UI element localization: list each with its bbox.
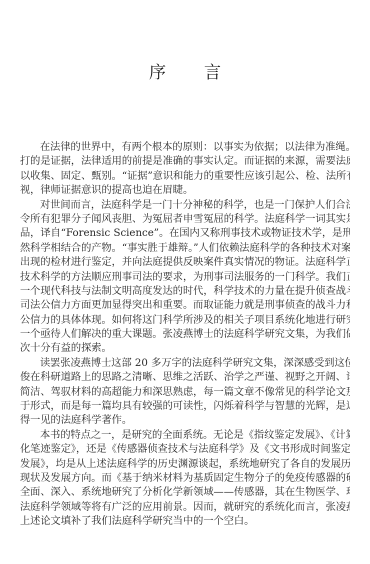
text-line: 打的是证据，法律适用的前提是准确的事实认定。而证据的来源，需要法庭科学予	[20, 155, 350, 169]
text-line: 本书的特点之一，是研究的全面系统。无论是《指纹鉴定发展》、《计算机自动	[20, 429, 350, 443]
text-line: 出现的检材进行鉴定，并向法庭提供反映案件真实情况的物证。法庭科学正是以	[20, 256, 350, 270]
page-title: 序言	[0, 63, 370, 83]
text-line: 一个亟待人们解决的重大课题。张凌燕博士的法庭科学研究文集，为我们做了一	[20, 328, 350, 342]
text-line: 在法律的世界中，有两个根本的原则：以事实为依据；以法律为准绳。打官司	[20, 141, 350, 155]
paragraph-1: 在法律的世界中，有两个根本的原则：以事实为依据；以法律为准绳。打官司 打的是证据…	[20, 141, 350, 199]
preface-body: 在法律的世界中，有两个根本的原则：以事实为依据；以法律为准绳。打官司 打的是证据…	[20, 141, 350, 530]
text-line: 品，译自“Forensic Science”。在国内又称刑事技术或物证技术学，是…	[20, 227, 350, 241]
text-line: 技术科学的方法顺应刑事司法的要求，为刑事司法服务的一门科学。我们正处于	[20, 271, 350, 285]
text-line: 简洁、驾驭材料的高超能力和深思熟虑，每一篇文章不像常见的科学论文那样拘泥	[20, 386, 350, 400]
text-line: 以收集、固定、甄别。“证据”意识和能力的重要性应该引起公、检、法所有部门的重	[20, 170, 350, 184]
text-line: 化笔迹鉴定》，还是《传感器侦查技术与法庭科学》及《文书形成时间鉴定的现状及	[20, 443, 350, 457]
text-line: 令所有犯罪分子闻风丧胆、为冤屈者申雪冤屈的科学。法庭科学一词其实是舶来	[20, 213, 350, 227]
text-line: 上述论文填补了我们法庭科学研究当中的一个空白。	[20, 515, 350, 529]
text-line: 发展》，均是从上述法庭科学的历史渊源谈起，系统地研究了各自的发展历史、发展	[20, 458, 350, 472]
text-line: 视，律师证据意识的提高也迫在眉睫。	[20, 184, 350, 198]
text-line: 俊在科研道路上的思路之清晰、思维之活跃、治学之严谨、视野之开阔、语言文字之	[20, 371, 350, 385]
text-line: 读罢张凌燕博士这部 20 多万字的法庭科学研究文集，深深感受到这位青年才	[20, 357, 350, 371]
text-line: 于形式，而是每一篇均具有较强的可读性，闪烁着科学与智慧的光辉，是近年来难	[20, 400, 350, 414]
text-line: 得一见的法庭科学著作。	[20, 414, 350, 428]
text-line: 公信力的具体体现。如何将这门科学所涉及的相关子项目系统化地进行研究，是	[20, 314, 350, 328]
paragraph-3: 读罢张凌燕博士这部 20 多万字的法庭科学研究文集，深深感受到这位青年才 俊在科…	[20, 357, 350, 429]
title-char-1: 序	[149, 63, 166, 83]
text-line: 全面、深入、系统地研究了分析化学新领域——传感器，其在生物医学、环境检测、	[20, 486, 350, 500]
text-line: 一个现代科技与法制文明高度发达的时代，科学技术的力量在提升侦查战斗力和	[20, 285, 350, 299]
paragraph-2: 对世间而言，法庭科学是一门十分神秘的科学，也是一门保护人们合法权益、 令所有犯罪…	[20, 199, 350, 357]
text-line: 然科学相结合的产物。“事实胜于雄辩。”人们依赖法庭科学的各种技术对案件中	[20, 242, 350, 256]
text-line: 次十分有益的探索。	[20, 342, 350, 356]
text-line: 现状及发展方向。而《基于纳米材料为基质固定生物分子的免疫传感器的研究》则	[20, 472, 350, 486]
text-line: 司法公信力方面更加显得突出和重要。而取证能力就是刑事侦查的战斗力和司法	[20, 299, 350, 313]
document-page: 序言 在法律的世界中，有两个根本的原则：以事实为依据；以法律为准绳。打官司 打的…	[0, 0, 370, 564]
text-line: 对世间而言，法庭科学是一门十分神秘的科学，也是一门保护人们合法权益、	[20, 199, 350, 213]
title-char-2: 言	[204, 63, 221, 83]
paragraph-4: 本书的特点之一，是研究的全面系统。无论是《指纹鉴定发展》、《计算机自动 化笔迹鉴…	[20, 429, 350, 530]
text-line: 法庭科学领域等将有广泛的应用前景。因而，就研究的系统化而言，张凌燕博士的	[20, 501, 350, 515]
